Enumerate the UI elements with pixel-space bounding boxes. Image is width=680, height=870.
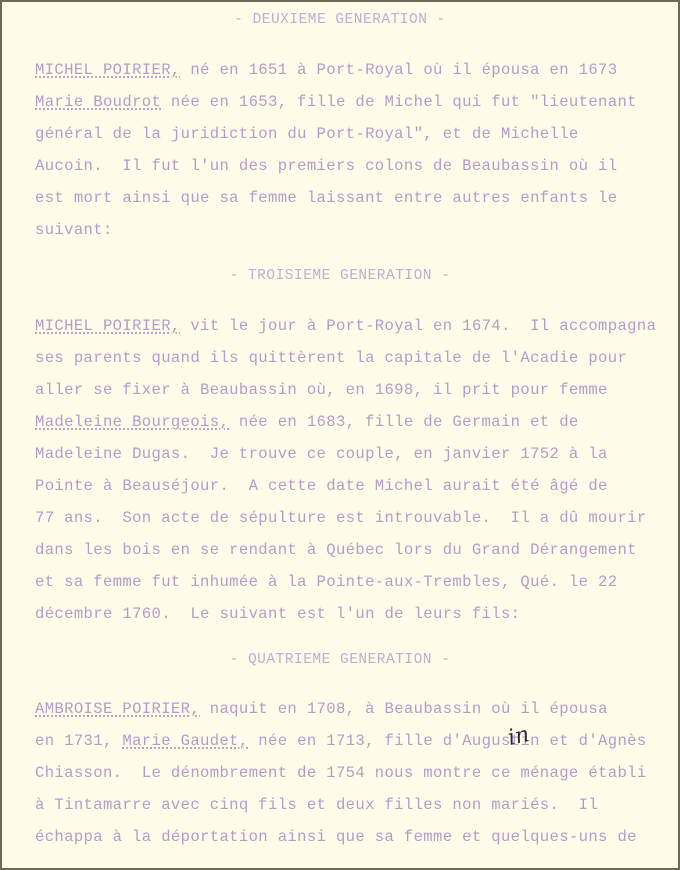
section-heading-quatrieme: - QUATRIEME GENERATION - [2, 652, 678, 668]
text-line: Pointe à Beauséjour. A cette date Michel… [35, 476, 608, 496]
text-line: Marie Boudrot née en 1653, fille de Mich… [35, 92, 637, 112]
text-line: décembre 1760. Le suivant est l'un de le… [35, 604, 520, 624]
handwritten-annotation: in [506, 722, 532, 751]
text-line: MICHEL POIRIER, né en 1651 à Port-Royal … [35, 60, 617, 80]
text-line: à Tintamarre avec cinq fils et deux fill… [35, 795, 598, 815]
person-name: Marie Gaudet, [122, 732, 248, 750]
text-line: en 1731, Marie Gaudet, née en 1713, fill… [35, 731, 647, 751]
text-line: suivant: [35, 220, 113, 240]
text-line: MICHEL POIRIER, vit le jour à Port-Royal… [35, 316, 656, 336]
typewritten-page: - DEUXIEME GENERATION - MICHEL POIRIER, … [0, 0, 680, 870]
text-line: aller se fixer à Beaubassin où, en 1698,… [35, 380, 608, 400]
text-line: échappa à la déportation ainsi que sa fe… [35, 827, 637, 847]
text-line: et sa femme fut inhumée à la Pointe-aux-… [35, 572, 617, 592]
section-heading-deuxieme: - DEUXIEME GENERATION - [2, 12, 678, 28]
person-name: MICHEL POIRIER, [35, 61, 181, 79]
text-line: général de la juridiction du Port-Royal"… [35, 124, 579, 144]
text-line: Chiasson. Le dénombrement de 1754 nous m… [35, 763, 647, 783]
text-line: est mort ainsi que sa femme laissant ent… [35, 188, 617, 208]
text-line: dans les bois en se rendant à Québec lor… [35, 540, 637, 560]
section-heading-troisieme: - TROISIEME GENERATION - [2, 268, 678, 284]
text-line: Madeleine Dugas. Je trouve ce couple, en… [35, 444, 608, 464]
text-line: ses parents quand ils quittèrent la capi… [35, 348, 627, 368]
person-name: AMBROISE POIRIER, [35, 700, 200, 718]
text-line: Aucoin. Il fut l'un des premiers colons … [35, 156, 617, 176]
person-name: Marie Boudrot [35, 93, 161, 111]
text-line: Madeleine Bourgeois, née en 1683, fille … [35, 412, 579, 432]
text-line: 77 ans. Son acte de sépulture est introu… [35, 508, 647, 528]
person-name: MICHEL POIRIER, [35, 317, 181, 335]
person-name: Madeleine Bourgeois, [35, 413, 229, 431]
text-line: AMBROISE POIRIER, naquit en 1708, à Beau… [35, 699, 608, 719]
